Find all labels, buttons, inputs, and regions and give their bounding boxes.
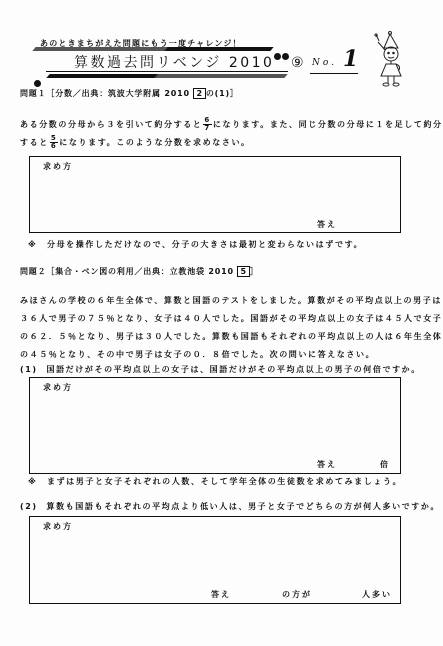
question2: (2) 算数も国語もそれぞれの平均点より低い人は、男子と女子でどちらの方が何人多…: [20, 501, 440, 512]
problem1-heading-text: 問題１［分数／出典：筑波大学附属 2010: [20, 89, 190, 98]
question-text: 算数も国語もそれぞれの平均点より低い人は、男子と女子でどちらの方が何人多いですか…: [46, 502, 440, 511]
problem1-line1: ある分数の分母から３を引いて約分すると67になります。また、同じ分数の分母に１を…: [20, 117, 443, 132]
method-label: 求め方: [43, 521, 73, 532]
answer-unit: 人多い: [362, 589, 392, 600]
problem2-line: の４５％となり、その中で男子は女子の０．８倍でした。次の問いに答えなさい。: [20, 349, 375, 360]
problem1-heading-suffix: の(1)］: [206, 89, 239, 98]
fraction-5-6: 56: [50, 135, 58, 150]
sheet-number-underline: [310, 73, 358, 74]
text: すると: [20, 138, 49, 147]
title-underline: [46, 71, 288, 72]
answer-label: 答え: [211, 589, 231, 600]
text: になります。このような分数を求めなさい。: [59, 138, 250, 147]
decorative-bar-bottom: [46, 74, 287, 78]
method-label: 求め方: [43, 382, 73, 393]
problem1-line2: すると56になります。このような分数を求めなさい。: [20, 135, 251, 150]
fraction-6-7: 67: [203, 117, 211, 132]
text: になります。また、同じ分数の分母に１を足して約分: [213, 120, 443, 129]
sheet-number-label: No.: [312, 58, 337, 68]
problem2-line: ３６人で男子の７５％となり、女子は４０人でした。国語がその平均点以上の女子は４５…: [20, 313, 442, 324]
problem1-answer-box[interactable]: 求め方 答え: [29, 156, 401, 233]
mascot-illustration-icon: [364, 30, 412, 88]
problem2-heading-text: 問題２［集合・ベン図の利用／出典：立教池袋 2010: [20, 267, 234, 276]
question-number: (1): [20, 365, 38, 374]
question2-answer-box[interactable]: 求め方 答え の方が 人多い: [29, 516, 401, 604]
denominator: 6: [51, 143, 57, 150]
question-text: 国語だけがその平均点以上の女子は、国語だけがその平均点以上の男子の何倍ですか。: [46, 365, 420, 374]
problem1-hint: ※ 分母を操作しただけなので、分子の大きさは最初と変わらないはずです。: [28, 239, 363, 250]
question-number: (2): [20, 502, 38, 511]
problem2-line: みほさんの学校の６年生全体で、算数と国語のテストをしました。算数がその平均点以上…: [20, 295, 442, 306]
denominator: 7: [204, 125, 210, 132]
answer-label: 答え: [317, 459, 337, 470]
problem2-heading: 問題２［集合・ベン図の利用／出典：立教池袋 2010 5］: [20, 266, 259, 277]
method-label: 求め方: [43, 161, 73, 172]
problem2-line: の６２．５％となり、男子は３０人でした。算数も国語もそれぞれの平均点以上の人は６…: [20, 331, 442, 342]
decorative-bar-top: [32, 47, 273, 51]
question1: (1) 国語だけがその平均点以上の女子は、国語だけがその平均点以上の男子の何倍で…: [20, 364, 421, 375]
problem1-number-box: 2: [193, 88, 205, 99]
question1-hint: ※ まずは男子と女子それぞれの人数、そして学年全体の生徒数を求めてみましょう。: [28, 476, 402, 487]
question1-answer-box[interactable]: 求め方 答え 倍: [29, 377, 401, 474]
text: ある分数の分母から３を引いて約分すると: [20, 120, 202, 129]
sheet-number: 1: [343, 46, 358, 72]
answer-middle: の方が: [282, 589, 312, 600]
answer-unit: 倍: [380, 459, 390, 470]
problem1-heading: 問題１［分数／出典：筑波大学附属 2010 2の(1)］: [20, 88, 239, 99]
page-title: 算数過去問リベンジ 2010 ⑨: [74, 52, 306, 72]
problem2-heading-suffix: ］: [250, 267, 259, 276]
answer-label: 答え: [317, 219, 337, 230]
problem2-number-box: 5: [237, 266, 249, 277]
